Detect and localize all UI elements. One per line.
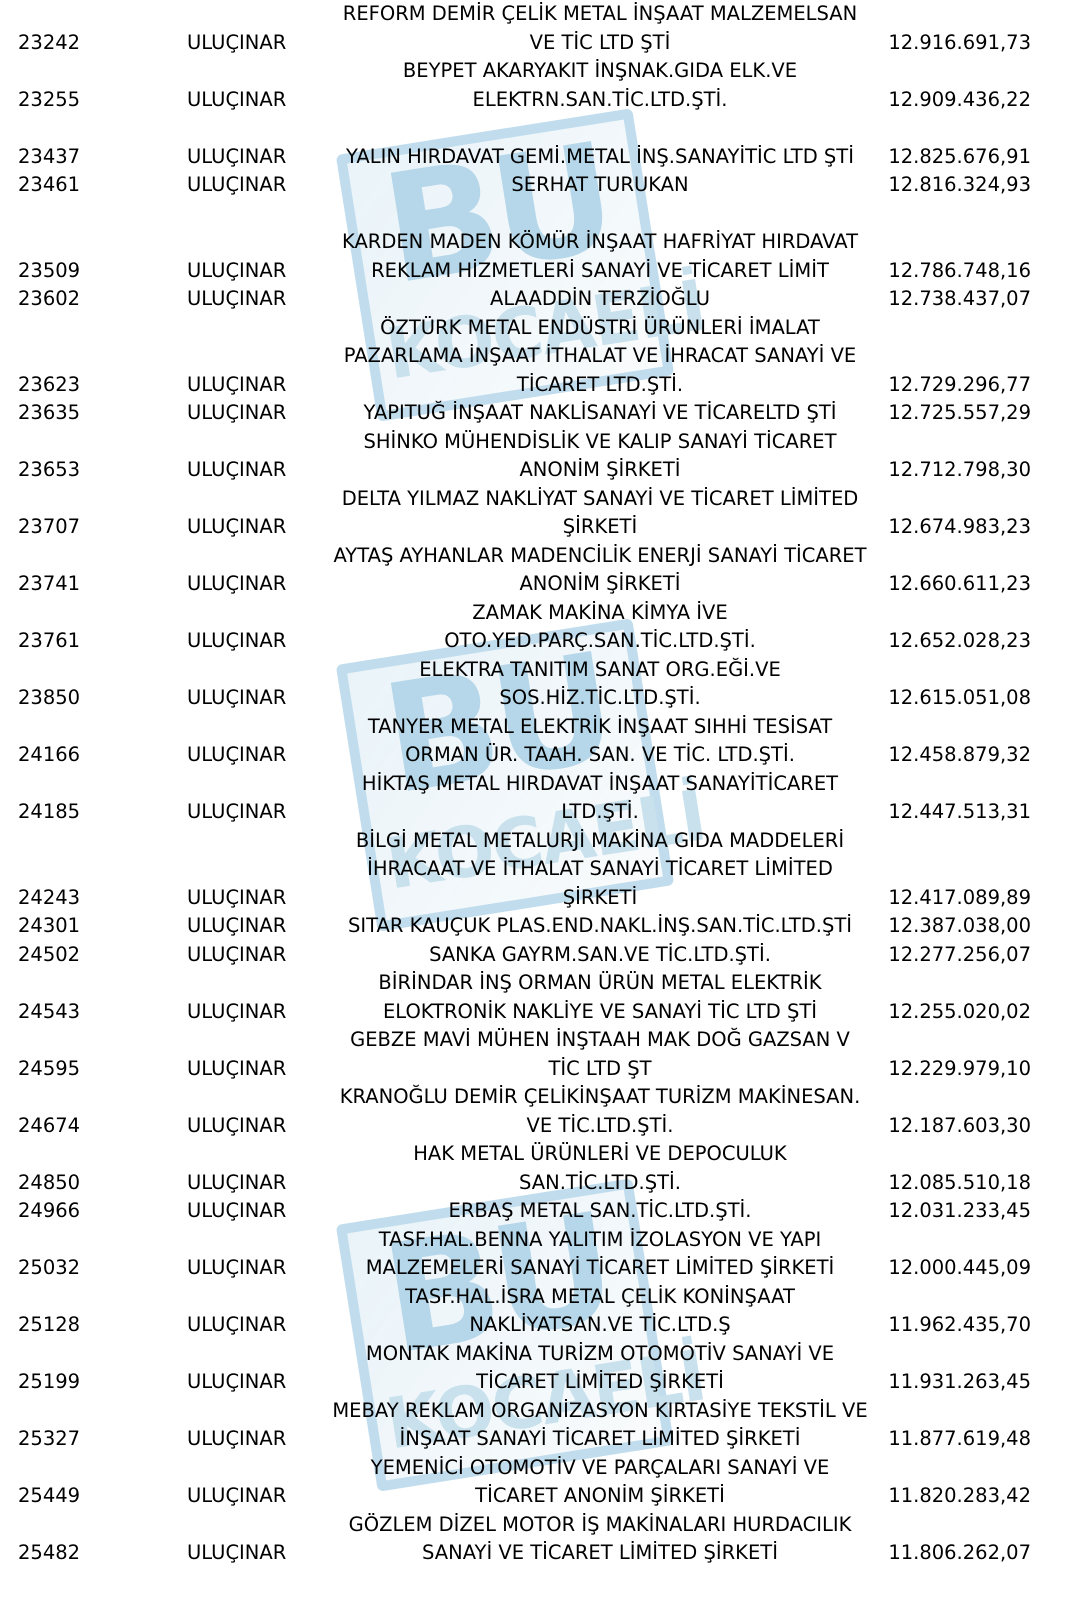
row-amount: 12.738.437,07 [888, 285, 1031, 314]
table-row: 25128ULUÇINARTASF.HAL.İSRA METAL ÇELİK K… [0, 1283, 1076, 1340]
row-company-name: TASF.HAL.BENNA YALITIM İZOLASYON VE YAPI… [330, 1226, 870, 1283]
row-district: ULUÇINAR [187, 86, 286, 115]
row-amount: 12.255.020,02 [888, 998, 1031, 1027]
row-id: 25449 [18, 1482, 80, 1511]
row-district: ULUÇINAR [187, 143, 286, 172]
table-row: 23741ULUÇINARAYTAŞ AYHANLAR MADENCİLİK E… [0, 542, 1076, 599]
row-amount: 12.229.979,10 [888, 1055, 1031, 1084]
table-row: 23461ULUÇINARSERHAT TURUKAN12.816.324,93 [0, 171, 1076, 200]
row-district: ULUÇINAR [187, 627, 286, 656]
company-name-line: ZAMAK MAKİNA KİMYA İVE [330, 599, 870, 628]
company-name-line: MEBAY REKLAM ORGANİZASYON KIRTASİYE TEKS… [330, 1397, 870, 1426]
row-district: ULUÇINAR [187, 513, 286, 542]
table-row: 24502ULUÇINARSANKA GAYRM.SAN.VE TİC.LTD.… [0, 941, 1076, 970]
row-amount: 11.877.619,48 [888, 1425, 1031, 1454]
company-name-line: SHİNKO MÜHENDİSLİK VE KALIP SANAYİ TİCAR… [330, 428, 870, 457]
row-amount: 12.000.445,09 [888, 1254, 1031, 1283]
row-district: ULUÇINAR [187, 456, 286, 485]
table-row: 24166ULUÇINARTANYER METAL ELEKTRİK İNŞAA… [0, 713, 1076, 770]
row-amount: 12.712.798,30 [888, 456, 1031, 485]
row-amount: 12.031.233,45 [888, 1197, 1031, 1226]
row-id: 24301 [18, 912, 80, 941]
row-company-name: MONTAK MAKİNA TURİZM OTOMOTİV SANAYİ VET… [330, 1340, 870, 1397]
row-company-name: GEBZE MAVİ MÜHEN İNŞTAAH MAK DOĞ GAZSAN … [330, 1026, 870, 1083]
row-company-name: TANYER METAL ELEKTRİK İNŞAAT SIHHİ TESİS… [330, 713, 870, 770]
row-id: 24850 [18, 1169, 80, 1198]
row-district: ULUÇINAR [187, 285, 286, 314]
table-row: 25327ULUÇINARMEBAY REKLAM ORGANİZASYON K… [0, 1397, 1076, 1454]
company-name-line: İHRACAAT VE İTHALAT SANAYİ TİCARET LİMİT… [330, 855, 870, 884]
row-company-name: KARDEN MADEN KÖMÜR İNŞAAT HAFRİYAT HIRDA… [330, 228, 870, 285]
row-district: ULUÇINAR [187, 257, 286, 286]
row-id: 23623 [18, 371, 80, 400]
row-company-name: YALIN HIRDAVAT GEMİ.METAL İNŞ.SANAYİTİC … [330, 143, 870, 172]
company-name-line: PAZARLAMA İNŞAAT İTHALAT VE İHRACAT SANA… [330, 342, 870, 371]
row-amount: 12.816.324,93 [888, 171, 1031, 200]
company-name-line: TANYER METAL ELEKTRİK İNŞAAT SIHHİ TESİS… [330, 713, 870, 742]
row-amount: 11.962.435,70 [888, 1311, 1031, 1340]
row-id: 25199 [18, 1368, 80, 1397]
row-amount: 12.725.557,29 [888, 399, 1031, 428]
row-district: ULUÇINAR [187, 941, 286, 970]
row-amount: 12.387.038,00 [888, 912, 1031, 941]
company-name-line: ŞİRKETİ [330, 513, 870, 542]
company-name-line: SAN.TİC.LTD.ŞTİ. [330, 1169, 870, 1198]
row-id: 24185 [18, 798, 80, 827]
company-name-line: ELEKTRN.SAN.TİC.LTD.ŞTİ. [330, 86, 870, 115]
company-name-line: DELTA YILMAZ NAKLİYAT SANAYİ VE TİCARET … [330, 485, 870, 514]
row-amount: 12.187.603,30 [888, 1112, 1031, 1141]
company-name-line: SANKA GAYRM.SAN.VE TİC.LTD.ŞTİ. [330, 941, 870, 970]
row-id: 23509 [18, 257, 80, 286]
row-amount: 12.786.748,16 [888, 257, 1031, 286]
company-name-line: BİRİNDAR İNŞ ORMAN ÜRÜN METAL ELEKTRİK [330, 969, 870, 998]
company-name-line: ELEKTRA TANITIM SANAT ORG.EĞİ.VE [330, 656, 870, 685]
row-amount: 12.417.089,89 [888, 884, 1031, 913]
row-district: ULUÇINAR [187, 684, 286, 713]
row-company-name: GÖZLEM DİZEL MOTOR İŞ MAKİNALARI HURDACI… [330, 1511, 870, 1568]
row-district: ULUÇINAR [187, 741, 286, 770]
table-row: 24243ULUÇINARBİLGİ METAL METALURJİ MAKİN… [0, 827, 1076, 913]
row-id: 24966 [18, 1197, 80, 1226]
row-company-name: BİRİNDAR İNŞ ORMAN ÜRÜN METAL ELEKTRİKEL… [330, 969, 870, 1026]
row-district: ULUÇINAR [187, 1055, 286, 1084]
table-row: 23623ULUÇINARÖZTÜRK METAL ENDÜSTRİ ÜRÜNL… [0, 314, 1076, 400]
table-row: 23850ULUÇINARELEKTRA TANITIM SANAT ORG.E… [0, 656, 1076, 713]
row-district: ULUÇINAR [187, 1254, 286, 1283]
row-amount: 12.729.296,77 [888, 371, 1031, 400]
company-name-line: ERBAŞ METAL SAN.TİC.LTD.ŞTİ. [330, 1197, 870, 1226]
row-id: 23437 [18, 143, 80, 172]
row-company-name: MEBAY REKLAM ORGANİZASYON KIRTASİYE TEKS… [330, 1397, 870, 1454]
company-name-line: ORMAN ÜR. TAAH. SAN. VE TİC. LTD.ŞTİ. [330, 741, 870, 770]
row-id: 23761 [18, 627, 80, 656]
row-company-name: SERHAT TURUKAN [330, 171, 870, 200]
company-name-line: TASF.HAL.İSRA METAL ÇELİK KONİNŞAAT [330, 1283, 870, 1312]
table-row: 25199ULUÇINARMONTAK MAKİNA TURİZM OTOMOT… [0, 1340, 1076, 1397]
row-spacer [0, 114, 1076, 143]
table-row: 23707ULUÇINARDELTA YILMAZ NAKLİYAT SANAY… [0, 485, 1076, 542]
company-name-line: SERHAT TURUKAN [330, 171, 870, 200]
table-row: 25449ULUÇINARYEMENİCİ OTOMOTİV VE PARÇAL… [0, 1454, 1076, 1511]
row-district: ULUÇINAR [187, 29, 286, 58]
row-amount: 12.674.983,23 [888, 513, 1031, 542]
table-row: 24966ULUÇINARERBAŞ METAL SAN.TİC.LTD.ŞTİ… [0, 1197, 1076, 1226]
company-name-line: OTO.YED.PARÇ.SAN.TİC.LTD.ŞTİ. [330, 627, 870, 656]
row-id: 23635 [18, 399, 80, 428]
row-company-name: SHİNKO MÜHENDİSLİK VE KALIP SANAYİ TİCAR… [330, 428, 870, 485]
row-id: 23461 [18, 171, 80, 200]
row-company-name: AYTAŞ AYHANLAR MADENCİLİK ENERJİ SANAYİ … [330, 542, 870, 599]
table-row: 23437ULUÇINARYALIN HIRDAVAT GEMİ.METAL İ… [0, 143, 1076, 172]
row-amount: 12.825.676,91 [888, 143, 1031, 172]
row-id: 23741 [18, 570, 80, 599]
company-name-line: TİCARET LTD.ŞTİ. [330, 371, 870, 400]
results-table: 23242ULUÇINARREFORM DEMİR ÇELİK METAL İN… [0, 0, 1076, 1568]
row-company-name: TASF.HAL.İSRA METAL ÇELİK KONİNŞAATNAKLİ… [330, 1283, 870, 1340]
row-district: ULUÇINAR [187, 171, 286, 200]
row-district: ULUÇINAR [187, 399, 286, 428]
table-row: 25032ULUÇINARTASF.HAL.BENNA YALITIM İZOL… [0, 1226, 1076, 1283]
company-name-line: YEMENİCİ OTOMOTİV VE PARÇALARI SANAYİ VE [330, 1454, 870, 1483]
row-id: 24674 [18, 1112, 80, 1141]
row-id: 24595 [18, 1055, 80, 1084]
row-id: 24502 [18, 941, 80, 970]
row-company-name: SITAR KAUÇUK PLAS.END.NAKL.İNŞ.SAN.TİC.L… [330, 912, 870, 941]
row-district: ULUÇINAR [187, 998, 286, 1027]
row-id: 23850 [18, 684, 80, 713]
company-name-line: AYTAŞ AYHANLAR MADENCİLİK ENERJİ SANAYİ … [330, 542, 870, 571]
company-name-line: ŞİRKETİ [330, 884, 870, 913]
row-amount: 12.085.510,18 [888, 1169, 1031, 1198]
row-id: 23602 [18, 285, 80, 314]
company-name-line: VE TİC.LTD.ŞTİ. [330, 1112, 870, 1141]
row-id: 25482 [18, 1539, 80, 1568]
table-row: 23509ULUÇINARKARDEN MADEN KÖMÜR İNŞAAT H… [0, 228, 1076, 285]
company-name-line: MONTAK MAKİNA TURİZM OTOMOTİV SANAYİ VE [330, 1340, 870, 1369]
row-id: 25032 [18, 1254, 80, 1283]
company-name-line: GÖZLEM DİZEL MOTOR İŞ MAKİNALARI HURDACI… [330, 1511, 870, 1540]
row-amount: 12.447.513,31 [888, 798, 1031, 827]
row-amount: 12.660.611,23 [888, 570, 1031, 599]
row-district: ULUÇINAR [187, 1112, 286, 1141]
company-name-line: VE TİC LTD ŞTİ [330, 29, 870, 58]
row-company-name: YEMENİCİ OTOMOTİV VE PARÇALARI SANAYİ VE… [330, 1454, 870, 1511]
row-amount: 12.652.028,23 [888, 627, 1031, 656]
row-district: ULUÇINAR [187, 1368, 286, 1397]
row-district: ULUÇINAR [187, 1482, 286, 1511]
row-district: ULUÇINAR [187, 1169, 286, 1198]
table-row: 24595ULUÇINARGEBZE MAVİ MÜHEN İNŞTAAH MA… [0, 1026, 1076, 1083]
row-district: ULUÇINAR [187, 798, 286, 827]
company-name-line: LTD.ŞTİ. [330, 798, 870, 827]
company-name-line: BEYPET AKARYAKIT İNŞNAK.GIDA ELK.VE [330, 57, 870, 86]
row-company-name: HİKTAŞ METAL HIRDAVAT İNŞAAT SANAYİTİCAR… [330, 770, 870, 827]
row-id: 25128 [18, 1311, 80, 1340]
company-name-line: ÖZTÜRK METAL ENDÜSTRİ ÜRÜNLERİ İMALAT [330, 314, 870, 343]
company-name-line: İNŞAAT SANAYİ TİCARET LİMİTED ŞİRKETİ [330, 1425, 870, 1454]
row-id: 24543 [18, 998, 80, 1027]
company-name-line: GEBZE MAVİ MÜHEN İNŞTAAH MAK DOĞ GAZSAN … [330, 1026, 870, 1055]
row-company-name: ZAMAK MAKİNA KİMYA İVEOTO.YED.PARÇ.SAN.T… [330, 599, 870, 656]
row-id: 24243 [18, 884, 80, 913]
company-name-line: TASF.HAL.BENNA YALITIM İZOLASYON VE YAPI [330, 1226, 870, 1255]
company-name-line: REKLAM HİZMETLERİ SANAYİ VE TİCARET LİMİ… [330, 257, 870, 286]
row-id: 23707 [18, 513, 80, 542]
row-amount: 12.916.691,73 [888, 29, 1031, 58]
table-row: 23653ULUÇINARSHİNKO MÜHENDİSLİK VE KALIP… [0, 428, 1076, 485]
row-company-name: HAK METAL ÜRÜNLERİ VE DEPOCULUKSAN.TİC.L… [330, 1140, 870, 1197]
table-row: 24674ULUÇINARKRANOĞLU DEMİR ÇELİKİNŞAAT … [0, 1083, 1076, 1140]
row-amount: 12.615.051,08 [888, 684, 1031, 713]
row-district: ULUÇINAR [187, 1425, 286, 1454]
company-name-line: HAK METAL ÜRÜNLERİ VE DEPOCULUK [330, 1140, 870, 1169]
company-name-line: KRANOĞLU DEMİR ÇELİKİNŞAAT TURİZM MAKİNE… [330, 1083, 870, 1112]
table-row: 23255ULUÇINARBEYPET AKARYAKIT İNŞNAK.GID… [0, 57, 1076, 114]
company-name-line: TİC LTD ŞT [330, 1055, 870, 1084]
company-name-line: KARDEN MADEN KÖMÜR İNŞAAT HAFRİYAT HIRDA… [330, 228, 870, 257]
company-name-line: NAKLİYATSAN.VE TİC.LTD.Ş [330, 1311, 870, 1340]
row-amount: 11.931.263,45 [888, 1368, 1031, 1397]
row-amount: 12.458.879,32 [888, 741, 1031, 770]
company-name-line: YALIN HIRDAVAT GEMİ.METAL İNŞ.SANAYİTİC … [330, 143, 870, 172]
row-amount: 12.277.256,07 [888, 941, 1031, 970]
row-amount: 12.909.436,22 [888, 86, 1031, 115]
row-amount: 11.820.283,42 [888, 1482, 1031, 1511]
table-row: 23242ULUÇINARREFORM DEMİR ÇELİK METAL İN… [0, 0, 1076, 57]
company-name-line: ANONİM ŞİRKETİ [330, 456, 870, 485]
row-company-name: YAPITUĞ İNŞAAT NAKLİSANAYİ VE TİCARELTD … [330, 399, 870, 428]
company-name-line: SITAR KAUÇUK PLAS.END.NAKL.İNŞ.SAN.TİC.L… [330, 912, 870, 941]
row-id: 23255 [18, 86, 80, 115]
row-company-name: ALAADDİN TERZİOĞLU [330, 285, 870, 314]
row-company-name: DELTA YILMAZ NAKLİYAT SANAYİ VE TİCARET … [330, 485, 870, 542]
row-district: ULUÇINAR [187, 570, 286, 599]
company-name-line: ELOKTRONİK NAKLİYE VE SANAYİ TİC LTD ŞTİ [330, 998, 870, 1027]
table-row: 23635ULUÇINARYAPITUĞ İNŞAAT NAKLİSANAYİ … [0, 399, 1076, 428]
row-district: ULUÇINAR [187, 912, 286, 941]
row-company-name: BİLGİ METAL METALURJİ MAKİNA GIDA MADDEL… [330, 827, 870, 913]
row-company-name: BEYPET AKARYAKIT İNŞNAK.GIDA ELK.VEELEKT… [330, 57, 870, 114]
row-district: ULUÇINAR [187, 884, 286, 913]
table-row: 24850ULUÇINARHAK METAL ÜRÜNLERİ VE DEPOC… [0, 1140, 1076, 1197]
row-id: 23653 [18, 456, 80, 485]
company-name-line: YAPITUĞ İNŞAAT NAKLİSANAYİ VE TİCARELTD … [330, 399, 870, 428]
row-id: 25327 [18, 1425, 80, 1454]
row-district: ULUÇINAR [187, 1197, 286, 1226]
company-name-line: TİCARET ANONİM ŞİRKETİ [330, 1482, 870, 1511]
row-id: 23242 [18, 29, 80, 58]
table-row: 25482ULUÇINARGÖZLEM DİZEL MOTOR İŞ MAKİN… [0, 1511, 1076, 1568]
table-row: 24185ULUÇINARHİKTAŞ METAL HIRDAVAT İNŞAA… [0, 770, 1076, 827]
row-company-name: SANKA GAYRM.SAN.VE TİC.LTD.ŞTİ. [330, 941, 870, 970]
company-name-line: BİLGİ METAL METALURJİ MAKİNA GIDA MADDEL… [330, 827, 870, 856]
table-row: 24543ULUÇINARBİRİNDAR İNŞ ORMAN ÜRÜN MET… [0, 969, 1076, 1026]
row-district: ULUÇINAR [187, 1539, 286, 1568]
row-district: ULUÇINAR [187, 1311, 286, 1340]
row-spacer [0, 200, 1076, 229]
table-row: 23602ULUÇINARALAADDİN TERZİOĞLU12.738.43… [0, 285, 1076, 314]
table-row: 24301ULUÇINARSITAR KAUÇUK PLAS.END.NAKL.… [0, 912, 1076, 941]
row-company-name: REFORM DEMİR ÇELİK METAL İNŞAAT MALZEMEL… [330, 0, 870, 57]
company-name-line: SOS.HİZ.TİC.LTD.ŞTİ. [330, 684, 870, 713]
row-amount: 11.806.262,07 [888, 1539, 1031, 1568]
row-company-name: ERBAŞ METAL SAN.TİC.LTD.ŞTİ. [330, 1197, 870, 1226]
row-company-name: KRANOĞLU DEMİR ÇELİKİNŞAAT TURİZM MAKİNE… [330, 1083, 870, 1140]
company-name-line: MALZEMELERİ SANAYİ TİCARET LİMİTED ŞİRKE… [330, 1254, 870, 1283]
company-name-line: ALAADDİN TERZİOĞLU [330, 285, 870, 314]
company-name-line: HİKTAŞ METAL HIRDAVAT İNŞAAT SANAYİTİCAR… [330, 770, 870, 799]
company-name-line: TİCARET LİMİTED ŞİRKETİ [330, 1368, 870, 1397]
row-district: ULUÇINAR [187, 371, 286, 400]
company-name-line: ANONİM ŞİRKETİ [330, 570, 870, 599]
company-name-line: SANAYİ VE TİCARET LİMİTED ŞİRKETİ [330, 1539, 870, 1568]
row-company-name: ELEKTRA TANITIM SANAT ORG.EĞİ.VESOS.HİZ.… [330, 656, 870, 713]
table-row: 23761ULUÇINARZAMAK MAKİNA KİMYA İVEOTO.Y… [0, 599, 1076, 656]
row-company-name: ÖZTÜRK METAL ENDÜSTRİ ÜRÜNLERİ İMALATPAZ… [330, 314, 870, 400]
row-id: 24166 [18, 741, 80, 770]
company-name-line: REFORM DEMİR ÇELİK METAL İNŞAAT MALZEMEL… [330, 0, 870, 29]
